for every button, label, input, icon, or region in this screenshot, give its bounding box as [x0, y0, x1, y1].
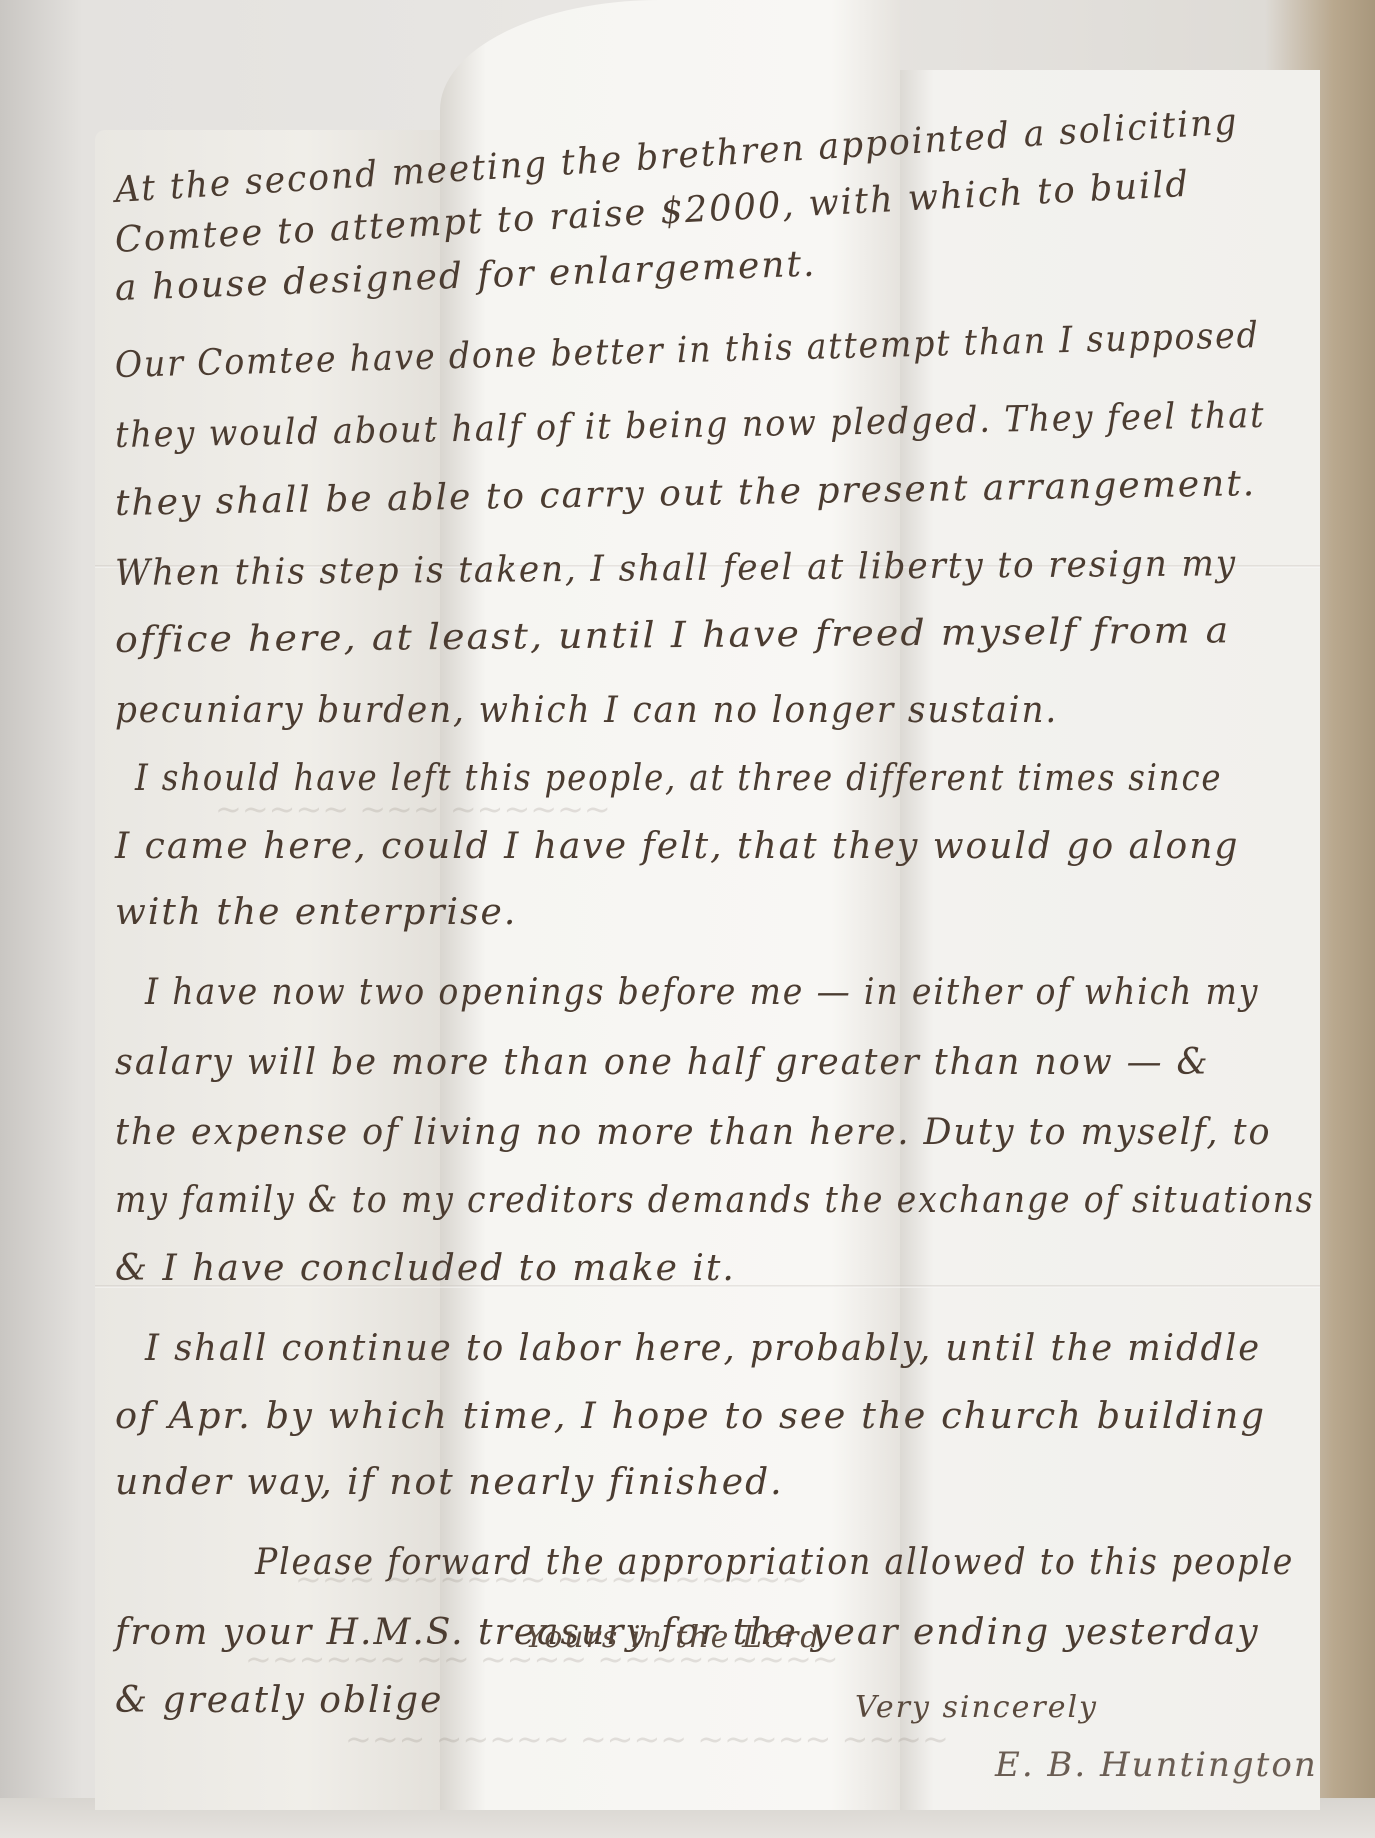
letter-line: of Apr. by which time, I hope to see the…: [115, 1396, 1266, 1437]
letter-line: pecuniary burden, which I can no longer …: [115, 690, 1058, 731]
letter-line: & greatly oblige: [115, 1680, 443, 1721]
bleed-through-text: ~~~ ~~~~~ ~~~~ ~~~~~ ~~~~: [345, 1720, 949, 1758]
letter-line: the expense of living no more than here.…: [115, 1112, 1271, 1153]
valediction: Very sincerely: [855, 1690, 1098, 1725]
letter-line: & I have concluded to make it.: [115, 1248, 736, 1289]
letter-line: with the enterprise.: [115, 892, 517, 933]
letter-line: my family & to my creditors demands the …: [115, 1180, 1315, 1221]
letter-line: I shall continue to labor here, probably…: [145, 1328, 1261, 1369]
closing-line: Yours in the Lord: [525, 1620, 822, 1655]
signature: E. B. Huntington: [995, 1745, 1318, 1785]
letter-line: Please forward the appropriation allowed…: [255, 1542, 1294, 1583]
letter-line: I should have left this people, at three…: [135, 758, 1222, 799]
letter-sheet: ~~~~~ ~~~ ~~~~~~ ~~~ ~~~~~~ ~~~~ ~~~~~ ~…: [95, 0, 1320, 1810]
letter-line: salary will be more than one half greate…: [115, 1042, 1209, 1083]
letter-line: I came here, could I have felt, that the…: [115, 826, 1239, 867]
letter-line: under way, if not nearly finished.: [115, 1462, 784, 1503]
letter-line: I have now two openings before me — in e…: [145, 972, 1259, 1013]
